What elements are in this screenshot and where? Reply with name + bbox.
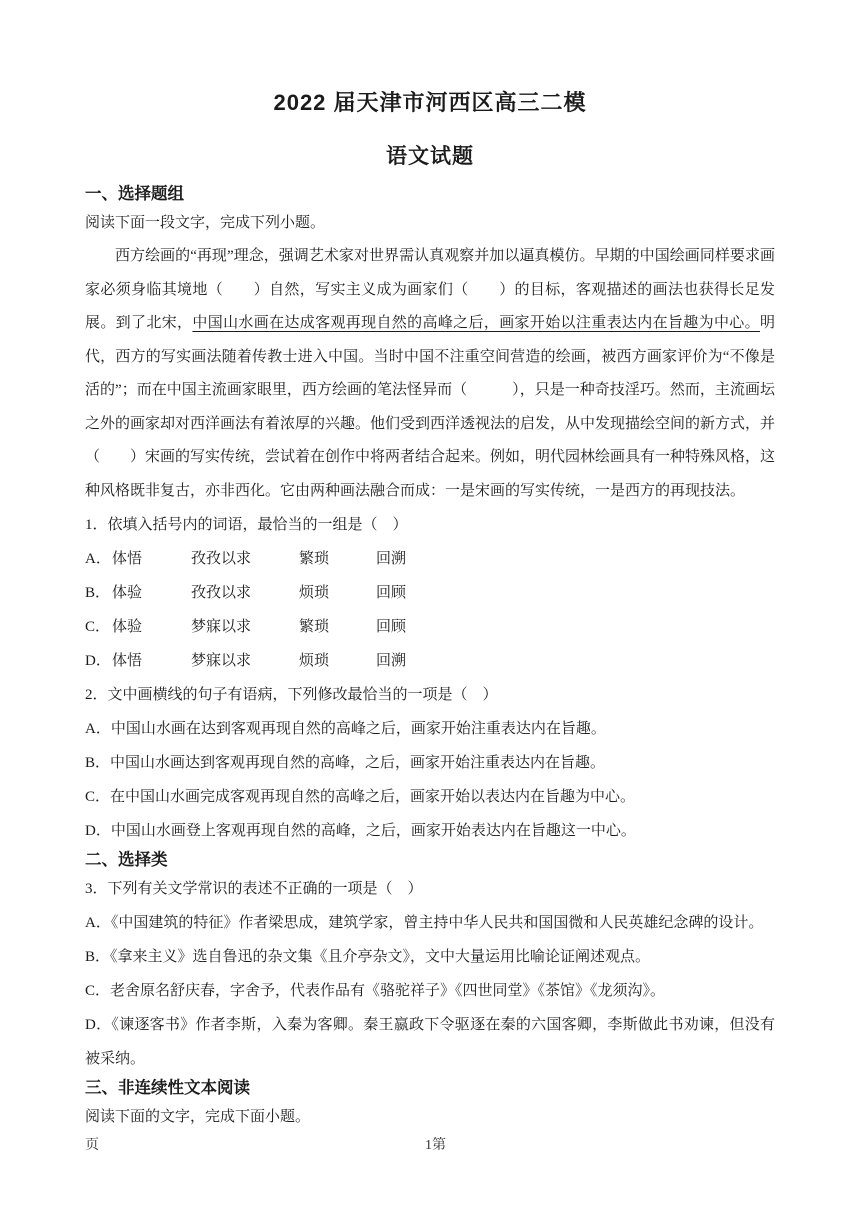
- question-3-option-b: B．《拿来主义》选自鲁迅的杂文集《且介亭杂文》，文中大量运用比喻论证阐述观点。: [85, 940, 775, 974]
- option-word-1: 体验: [112, 576, 191, 610]
- section-1-heading: 一、选择题组: [85, 182, 775, 206]
- option-label: D．: [85, 644, 112, 678]
- question-2-option-a: A．中国山水画在达到客观再现自然的高峰之后，画家开始注重表达内在旨趣。: [85, 712, 775, 746]
- option-label: C．: [85, 610, 112, 644]
- question-2-option-c: C．在中国山水画完成客观再现自然的高峰之后，画家开始以表达内在旨趣为中心。: [85, 780, 775, 814]
- question-3-option-d: D．《谏逐客书》作者李斯，入秦为客卿。秦王嬴政下令驱逐在秦的六国客卿，李斯做此书…: [85, 1008, 775, 1076]
- question-3-stem: 3．下列有关文学常识的表述不正确的一项是（ ）: [85, 872, 775, 906]
- exam-document-page: 2022 届天津市河西区高三二模 语文试题 一、选择题组 阅读下面一段文字，完成…: [0, 0, 860, 1216]
- passage-underlined-sentence: 中国山水画在达成客观再现自然的高峰之后，画家开始以注重表达内在旨趣为中心。: [192, 315, 760, 331]
- option-word-4: 回顾: [376, 576, 775, 610]
- question-3-option-a: A．《中国建筑的特征》作者梁思成，建筑学家，曾主持中华人民共和国国微和人民英雄纪…: [85, 906, 775, 940]
- question-1-option-b: B． 体验 孜孜以求 烦琐 回顾: [85, 576, 775, 610]
- question-1-option-c: C． 体验 梦寐以求 繁琐 回顾: [85, 610, 775, 644]
- option-label: A．: [85, 542, 112, 576]
- question-1-option-a: A． 体悟 孜孜以求 繁琐 回溯: [85, 542, 775, 576]
- option-label: B．: [85, 576, 112, 610]
- question-1-stem: 1．依填入括号内的词语，最恰当的一组是（ ）: [85, 508, 775, 542]
- option-word-1: 体悟: [112, 542, 191, 576]
- passage-text-after-underline: 明代，西方的写实画法随着传教士进入中国。当时中国不注重空间营造的绘画，被西方画家…: [85, 315, 775, 499]
- exam-subtitle: 语文试题: [85, 144, 775, 170]
- section-1-instruction: 阅读下面一段文字，完成下列小题。: [85, 206, 775, 240]
- question-2-option-d: D．中国山水画登上客观再现自然的高峰，之后，画家开始表达内在旨趣这一中心。: [85, 814, 775, 848]
- option-word-4: 回溯: [376, 644, 775, 678]
- option-word-2: 梦寐以求: [191, 610, 299, 644]
- option-word-3: 烦琐: [299, 644, 376, 678]
- reading-passage: 西方绘画的“再现”理念，强调艺术家对世界需认真观察并加以逼真模仿。早期的中国绘画…: [85, 240, 775, 508]
- option-word-2: 孜孜以求: [191, 576, 299, 610]
- option-word-3: 繁琐: [299, 610, 376, 644]
- option-word-3: 烦琐: [299, 576, 376, 610]
- option-word-2: 孜孜以求: [191, 542, 299, 576]
- option-word-3: 繁琐: [299, 542, 376, 576]
- option-word-4: 回溯: [376, 542, 775, 576]
- question-2-stem: 2．文中画横线的句子有语病，下列修改最恰当的一项是（ ）: [85, 678, 775, 712]
- option-word-1: 体悟: [112, 644, 191, 678]
- page-number: 1第: [425, 1137, 446, 1155]
- section-2-heading: 二、选择类: [85, 848, 775, 872]
- question-2-option-b: B．中国山水画达到客观再现自然的高峰，之后，画家开始注重表达内在旨趣。: [85, 746, 775, 780]
- option-word-4: 回顾: [376, 610, 775, 644]
- section-3-instruction: 阅读下面的文字，完成下面小题。: [85, 1100, 775, 1134]
- page-footer-left: 页: [85, 1137, 99, 1155]
- option-word-1: 体验: [112, 610, 191, 644]
- option-word-2: 梦寐以求: [191, 644, 299, 678]
- question-1-option-d: D． 体悟 梦寐以求 烦琐 回溯: [85, 644, 775, 678]
- exam-title: 2022 届天津市河西区高三二模: [85, 90, 775, 116]
- question-3-option-c: C．老舍原名舒庆春，字舍予，代表作品有《骆驼祥子》《四世同堂》《茶馆》《龙须沟》…: [85, 974, 775, 1008]
- section-3-heading: 三、非连续性文本阅读: [85, 1076, 775, 1100]
